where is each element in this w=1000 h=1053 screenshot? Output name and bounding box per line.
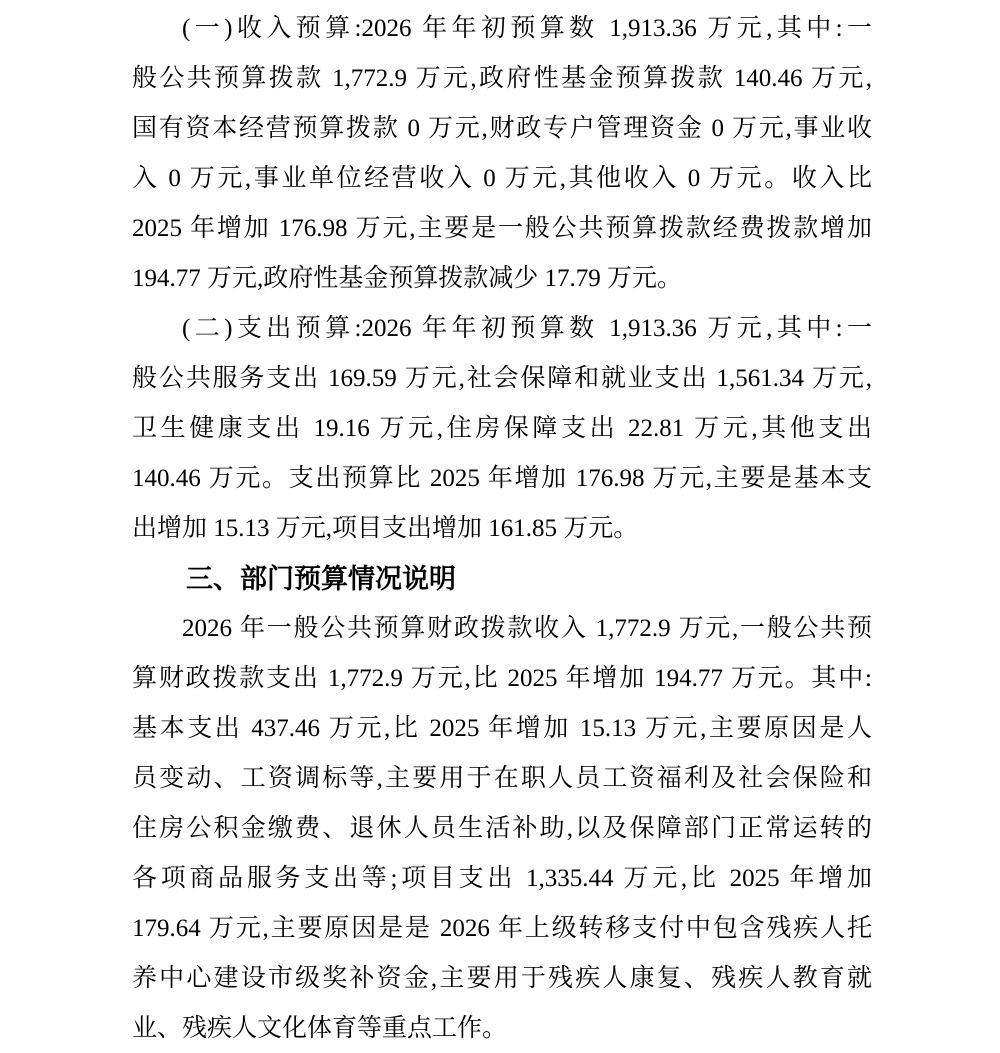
text-line: 194.77 万元,政府性基金预算拨款减少 17.79 万元。 <box>132 254 872 304</box>
document-page: (一)收入预算:2026 年年初预算数 1,913.36 万元,其中:一般公共预… <box>0 0 1000 1053</box>
text-line: (一)收入预算:2026 年年初预算数 1,913.36 万元,其中:一 <box>132 4 872 54</box>
text-line: 员变动、工资调标等,主要用于在职人员工资福利及社会保险和 <box>132 754 872 804</box>
text-line: 基本支出 437.46 万元,比 2025 年增加 15.13 万元,主要原因是… <box>132 704 872 754</box>
text-line: 养中心建设市级奖补资金,主要用于残疾人康复、残疾人教育就 <box>132 954 872 1004</box>
income-budget-paragraph: (一)收入预算:2026 年年初预算数 1,913.36 万元,其中:一般公共预… <box>132 4 872 304</box>
text-line: 住房公积金缴费、退休人员生活补助,以及保障部门正常运转的 <box>132 804 872 854</box>
text-line: 2026 年一般公共预算财政拨款收入 1,772.9 万元,一般公共预 <box>132 604 872 654</box>
text-line: 2025 年增加 176.98 万元,主要是一般公共预算拨款经费拨款增加 <box>132 204 872 254</box>
text-line: 业、残疾人文化体育等重点工作。 <box>132 1004 872 1053</box>
section-heading-budget-explanation: 三、部门预算情况说明 <box>132 554 872 604</box>
text-line: (二)支出预算:2026 年年初预算数 1,913.36 万元,其中:一 <box>132 304 872 354</box>
text-line: 卫生健康支出 19.16 万元,住房保障支出 22.81 万元,其他支出 <box>132 404 872 454</box>
expenditure-budget-paragraph: (二)支出预算:2026 年年初预算数 1,913.36 万元,其中:一般公共服… <box>132 304 872 554</box>
text-line: 各项商品服务支出等;项目支出 1,335.44 万元,比 2025 年增加 <box>132 854 872 904</box>
text-line: 般公共预算拨款 1,772.9 万元,政府性基金预算拨款 140.46 万元, <box>132 54 872 104</box>
text-line: 国有资本经营预算拨款 0 万元,财政专户管理资金 0 万元,事业收 <box>132 104 872 154</box>
text-line: 般公共服务支出 169.59 万元,社会保障和就业支出 1,561.34 万元, <box>132 354 872 404</box>
text-line: 入 0 万元,事业单位经营收入 0 万元,其他收入 0 万元。收入比 <box>132 154 872 204</box>
text-line: 140.46 万元。支出预算比 2025 年增加 176.98 万元,主要是基本… <box>132 454 872 504</box>
text-line: 出增加 15.13 万元,项目支出增加 161.85 万元。 <box>132 504 872 554</box>
text-line: 算财政拨款支出 1,772.9 万元,比 2025 年增加 194.77 万元。… <box>132 654 872 704</box>
document-body: (一)收入预算:2026 年年初预算数 1,913.36 万元,其中:一般公共预… <box>0 0 1000 1053</box>
text-line: 179.64 万元,主要原因是是 2026 年上级转移支付中包含残疾人托 <box>132 904 872 954</box>
budget-explanation-paragraph: 2026 年一般公共预算财政拨款收入 1,772.9 万元,一般公共预算财政拨款… <box>132 604 872 1053</box>
